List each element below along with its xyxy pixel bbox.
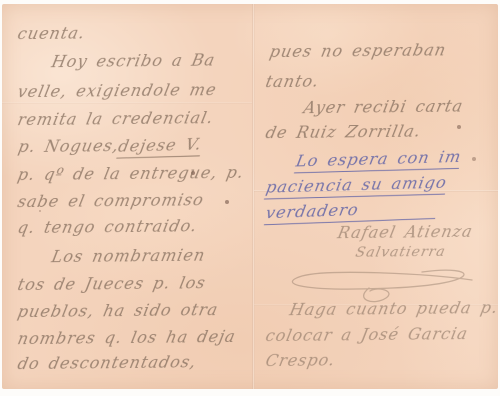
letter-line: verdadero xyxy=(264,199,439,223)
letter-line: cuenta. xyxy=(16,23,87,43)
left-page: cuenta.Hoy escribo a Bavelle, exigiendol… xyxy=(16,4,252,389)
letter-line: p. qº de la entregue, p. xyxy=(16,163,246,184)
letter-line: paciencia su amigo xyxy=(264,174,448,198)
letter-line: colocar a José Garcia xyxy=(264,324,470,345)
letter-line: remita la credencial. xyxy=(16,108,215,129)
letter-line: Hoy escribo a Ba xyxy=(50,50,217,71)
letter-line: Ayer recibi carta xyxy=(302,96,465,117)
letter-line: Crespo. xyxy=(264,350,337,370)
letter-line: pueblos, ha sido otra xyxy=(16,300,220,321)
letter-line: nombres q. los ha deja xyxy=(16,327,238,348)
letter-line: de Ruiz Zorrilla. xyxy=(264,121,423,142)
letter-line: Los nombramien xyxy=(50,245,207,266)
letter-line: Salvatierra xyxy=(354,244,447,261)
ink-specks xyxy=(2,4,4,6)
letter-line: velle, exigiendole me xyxy=(16,80,219,101)
letter-line: p. Nogues, dejese V. xyxy=(16,135,204,159)
letter-line: tos de Jueces p. los xyxy=(16,273,208,294)
center-fold-line xyxy=(252,4,255,389)
letter-photo: cuenta.Hoy escribo a Bavelle, exigiendol… xyxy=(0,0,500,396)
letter-line: tanto. xyxy=(264,71,321,91)
letter-line: do descontentados, xyxy=(16,352,198,373)
letter-line: pues no esperaban xyxy=(268,40,448,61)
letter-line: q. tengo contraido. xyxy=(16,216,199,237)
letter-line: Rafael Atienza xyxy=(336,222,475,242)
letter-line: Haga cuanto pueda p. xyxy=(288,298,500,319)
letter-line: Lo espera con im xyxy=(294,148,463,172)
letter-paper: cuenta.Hoy escribo a Bavelle, exigiendol… xyxy=(2,4,498,389)
letter-line: sabe el compromiso xyxy=(16,190,206,211)
right-page: pues no esperabantanto.Ayer recibi carta… xyxy=(264,4,496,389)
